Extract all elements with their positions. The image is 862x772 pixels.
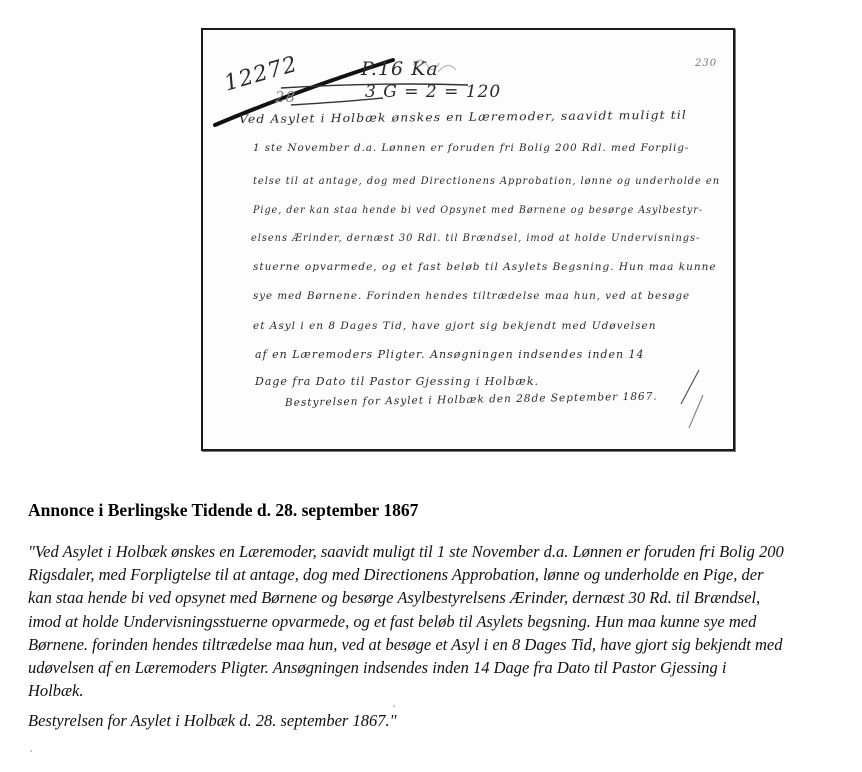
body-line: Rigsdaler, med Forpligtelse til at antag… bbox=[28, 563, 840, 586]
handwritten-line: af en Læremoders Pligter. Ansøgningen in… bbox=[255, 348, 645, 361]
reference-sub: 3 G = 2 = 120 bbox=[365, 82, 501, 102]
body-line: kan staa hende bi ved opsynet med Børnen… bbox=[28, 586, 840, 609]
handwritten-line: stuerne opvarmede, og et fast beløb til … bbox=[253, 261, 717, 273]
scan-speck bbox=[30, 750, 32, 752]
manuscript-image: 12272 28 P.16 Ka 3 G = 2 = 120 230 Ved A… bbox=[201, 28, 735, 451]
reference-mark: P.16 Ka bbox=[361, 58, 439, 80]
handwritten-line: 1 ste November d.a. Lønnen er foruden fr… bbox=[253, 142, 689, 154]
announcement-heading: Annonce i Berlingske Tidende d. 28. sept… bbox=[28, 500, 418, 521]
scan-speck bbox=[393, 705, 395, 707]
body-line: Holbæk. bbox=[28, 679, 840, 702]
handwritten-line: et Asyl i en 8 Dages Tid, have gjort sig… bbox=[253, 320, 656, 332]
handwritten-line: telse til at antage, dog med Directionen… bbox=[253, 176, 720, 187]
body-line: Børnene. forinden hendes tiltrædelse maa… bbox=[28, 633, 840, 656]
handwritten-line: Pige, der kan staa hende bi ved Opsynet … bbox=[253, 205, 703, 216]
handwritten-line: Dage fra Dato til Pastor Gjessing i Holb… bbox=[255, 375, 539, 388]
body-line: imod at holde Undervisningsstuerne opvar… bbox=[28, 610, 840, 633]
announcement-body: "Ved Asylet i Holbæk ønskes en Læremoder… bbox=[28, 540, 840, 702]
handwritten-line: elsens Ærinder, dernæst 30 Rdl. til Bræn… bbox=[251, 233, 700, 244]
announcement-signature: Bestyrelsen for Asylet i Holbæk d. 28. s… bbox=[28, 711, 397, 731]
handwritten-line: sye med Børnene. Forinden hendes tiltræd… bbox=[253, 290, 690, 302]
body-line: "Ved Asylet i Holbæk ønskes en Læremoder… bbox=[28, 540, 840, 563]
archive-subnumber: 28 bbox=[275, 88, 296, 106]
body-line: udøvelsen af en Læremoders Pligter. Ansø… bbox=[28, 656, 840, 679]
page-number: 230 bbox=[695, 58, 717, 69]
